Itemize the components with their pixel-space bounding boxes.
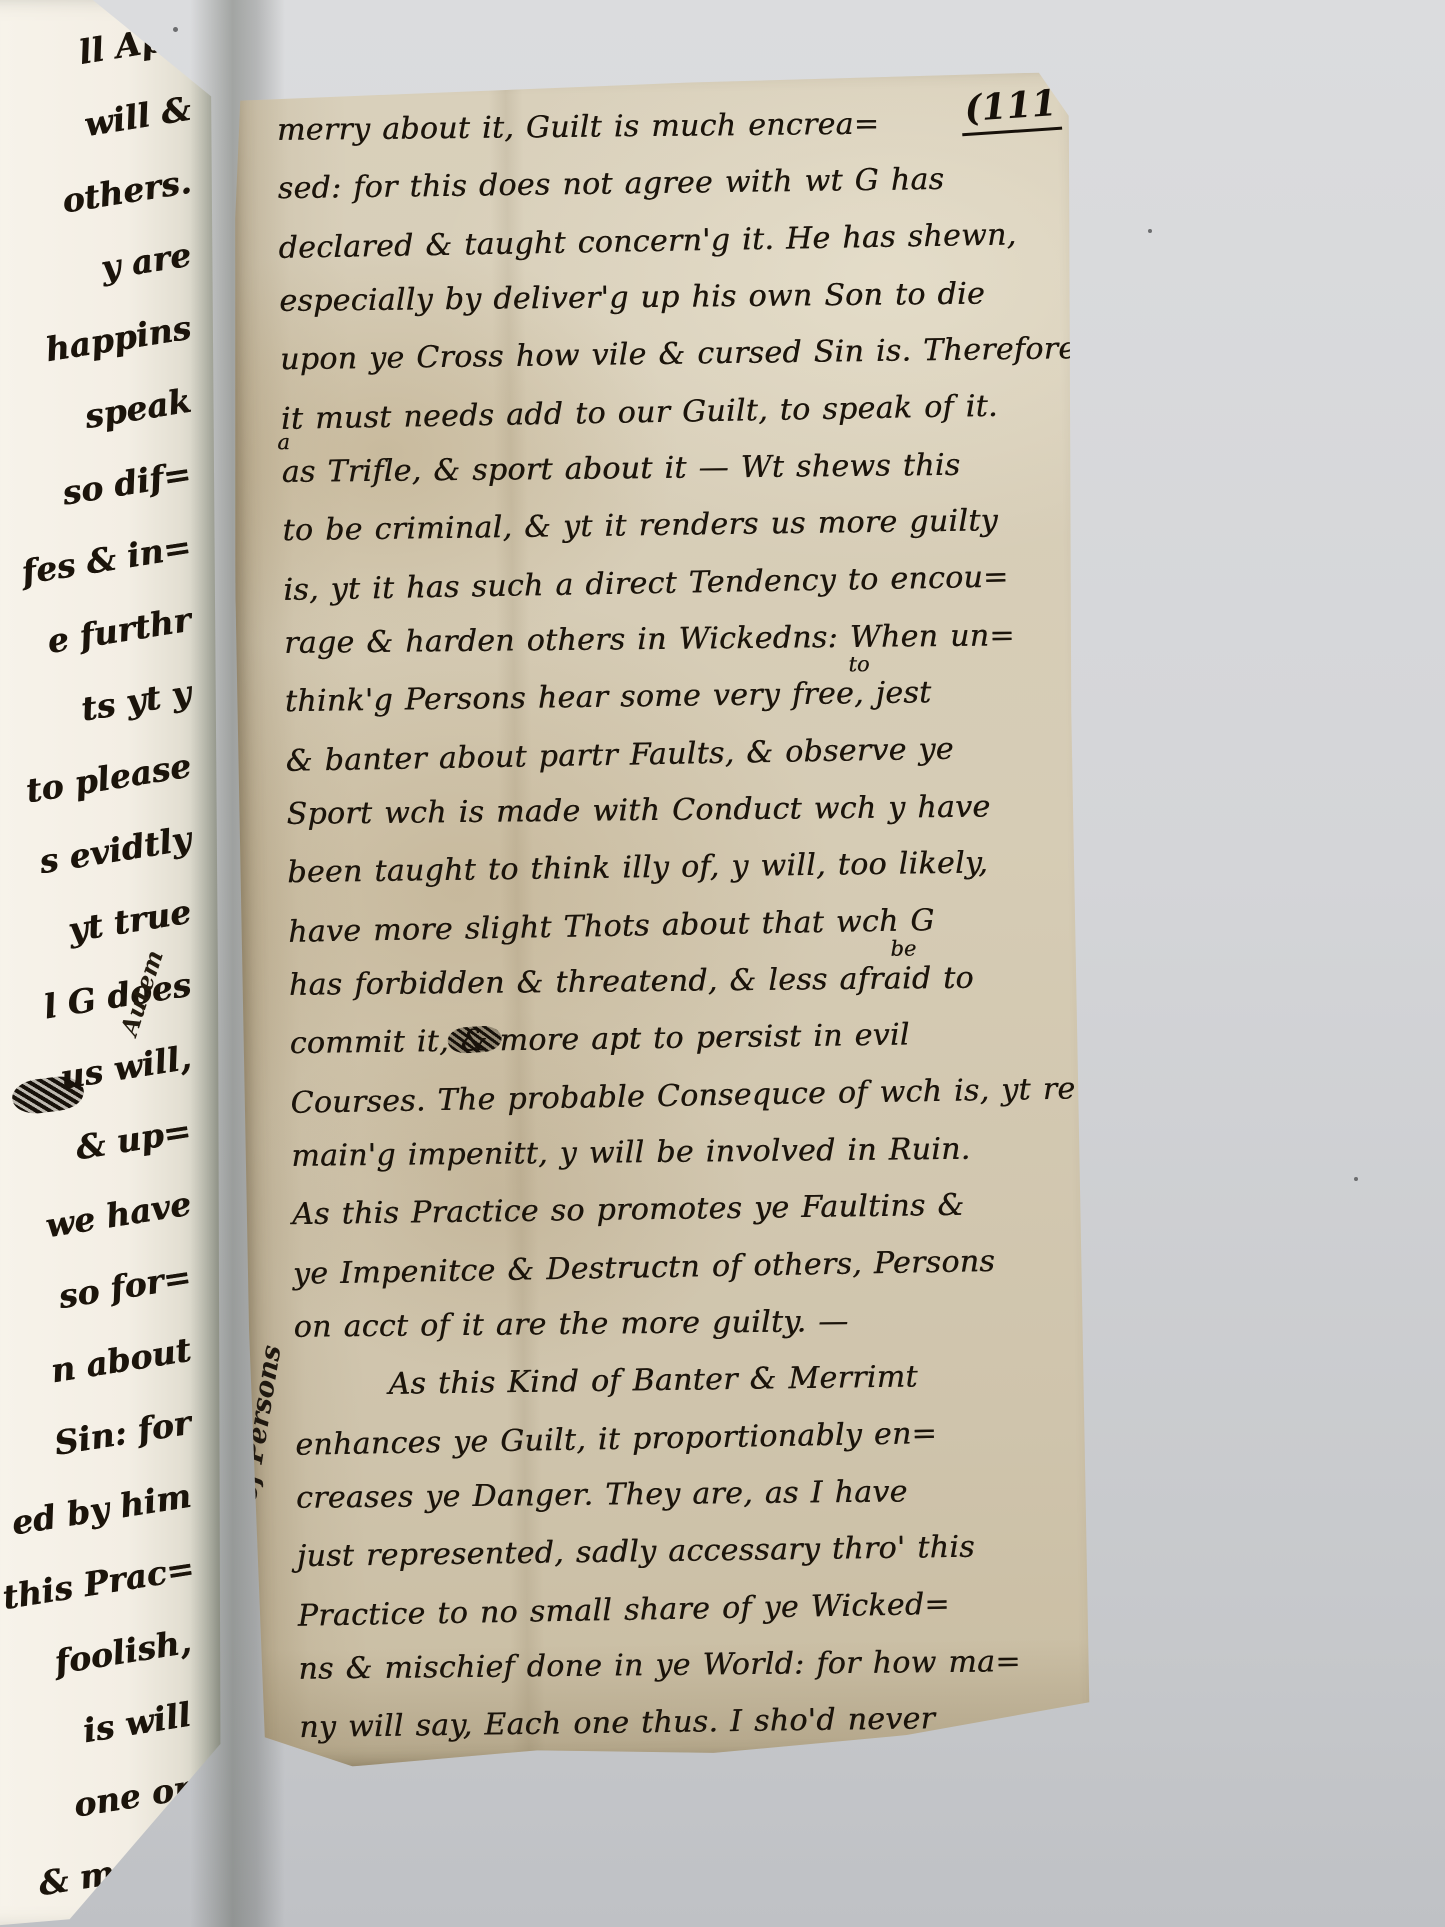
dust-speck (173, 27, 178, 32)
manuscript-line: main'g impenitt, y will be involved in R… (291, 1120, 1060, 1185)
manuscript-line: especially by deliver'g up his own Son t… (279, 265, 1048, 330)
manuscript-line: rage & harden others in Wickedns: When u… (284, 607, 1053, 672)
manuscript-line: ns & mischief done in ye World: for how … (298, 1633, 1067, 1698)
inserted-word-a: a (277, 430, 290, 454)
manuscript-line: merry about it, Guilt is much encrea= (277, 94, 1046, 159)
manuscript-photo: ll Ap=will &others.y arehappinsspeakso d… (0, 0, 1445, 1927)
inserted-word-be: be (890, 936, 916, 960)
manuscript-line: has forbidden & threatend, & less afraid… (289, 949, 1058, 1014)
manuscript-line: as Trifle, & sport about it — Wt shews t… (281, 436, 1050, 501)
manuscript-text-block: merry about it, Guilt is much encrea=sed… (277, 93, 1068, 1757)
manuscript-line: Sport wch is made with Conduct wch y hav… (286, 778, 1055, 843)
manuscript-page-111: (111 merry about it, Guilt is much encre… (228, 72, 1091, 1768)
dust-speck (1354, 1177, 1358, 1181)
inserted-word-to: to (848, 652, 869, 676)
manuscript-line: ny will say, Each one thus. I sho'd neve… (299, 1688, 1068, 1756)
manuscript-line: creases ye Danger. They are, as I have (296, 1462, 1065, 1527)
manuscript-line: on acct of it are the more guilty. — (293, 1291, 1062, 1356)
dust-speck (1148, 229, 1152, 233)
